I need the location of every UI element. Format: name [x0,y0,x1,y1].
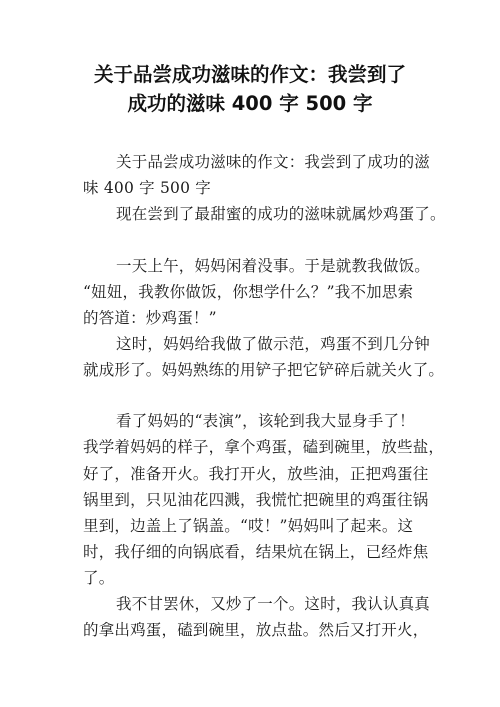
document-title-line-1: 关于品尝成功滋味的作文：我尝到了 [40,60,460,89]
body-line: 这时，妈妈给我做了做示范，鸡蛋不到几分钟 [116,334,430,354]
body-line: 的拿出鸡蛋，磕到碗里，放点盐。然后又打开火， [83,620,428,640]
body-line: 一天上午，妈妈闲着没事。于是就教我做饭。 [116,256,430,276]
body-line: 的答道：炒鸡蛋！” [83,308,217,328]
body-line: 时，我仔细的向锅底看，结果炕在锅上，已经炸焦 [83,542,428,562]
body-line: 关于品尝成功滋味的作文：我尝到了成功的滋 [116,152,430,172]
body-line: 好了，准备开火。我打开火，放些油，正把鸡蛋往 [83,464,428,484]
body-line: 我不甘罢休，又炒了一个。这时，我认认真真 [116,594,430,614]
document-page: 关于品尝成功滋味的作文：我尝到了 成功的滋味 400 字 500 字 关于品尝成… [0,0,500,707]
body-line: 就成形了。妈妈熟练的用铲子把它铲碎后就关火了。 [83,360,444,380]
document-title-line-2: 成功的滋味 400 字 500 字 [40,89,460,118]
body-line: 里到，边盖上了锅盖。“哎！”妈妈叫了起来。这 [83,516,413,536]
body-line: 我学着妈妈的样子，拿个鸡蛋，磕到碗里，放些盐， [83,437,444,457]
body-line: 锅里到，只见油花四溅，我慌忙把碗里的鸡蛋往锅 [83,490,428,510]
body-line: 味 400 字 500 字 [83,178,211,198]
body-line: 现在尝到了最甜蜜的成功的滋味就属炒鸡蛋了。 [116,204,446,224]
body-line: “妞妞，我教你做饭，你想学什么？”我不加思索 [83,282,413,302]
body-line: 了。 [83,568,114,588]
body-line: 看了妈妈的“表演”，该轮到我大显身手了！ [116,411,415,431]
